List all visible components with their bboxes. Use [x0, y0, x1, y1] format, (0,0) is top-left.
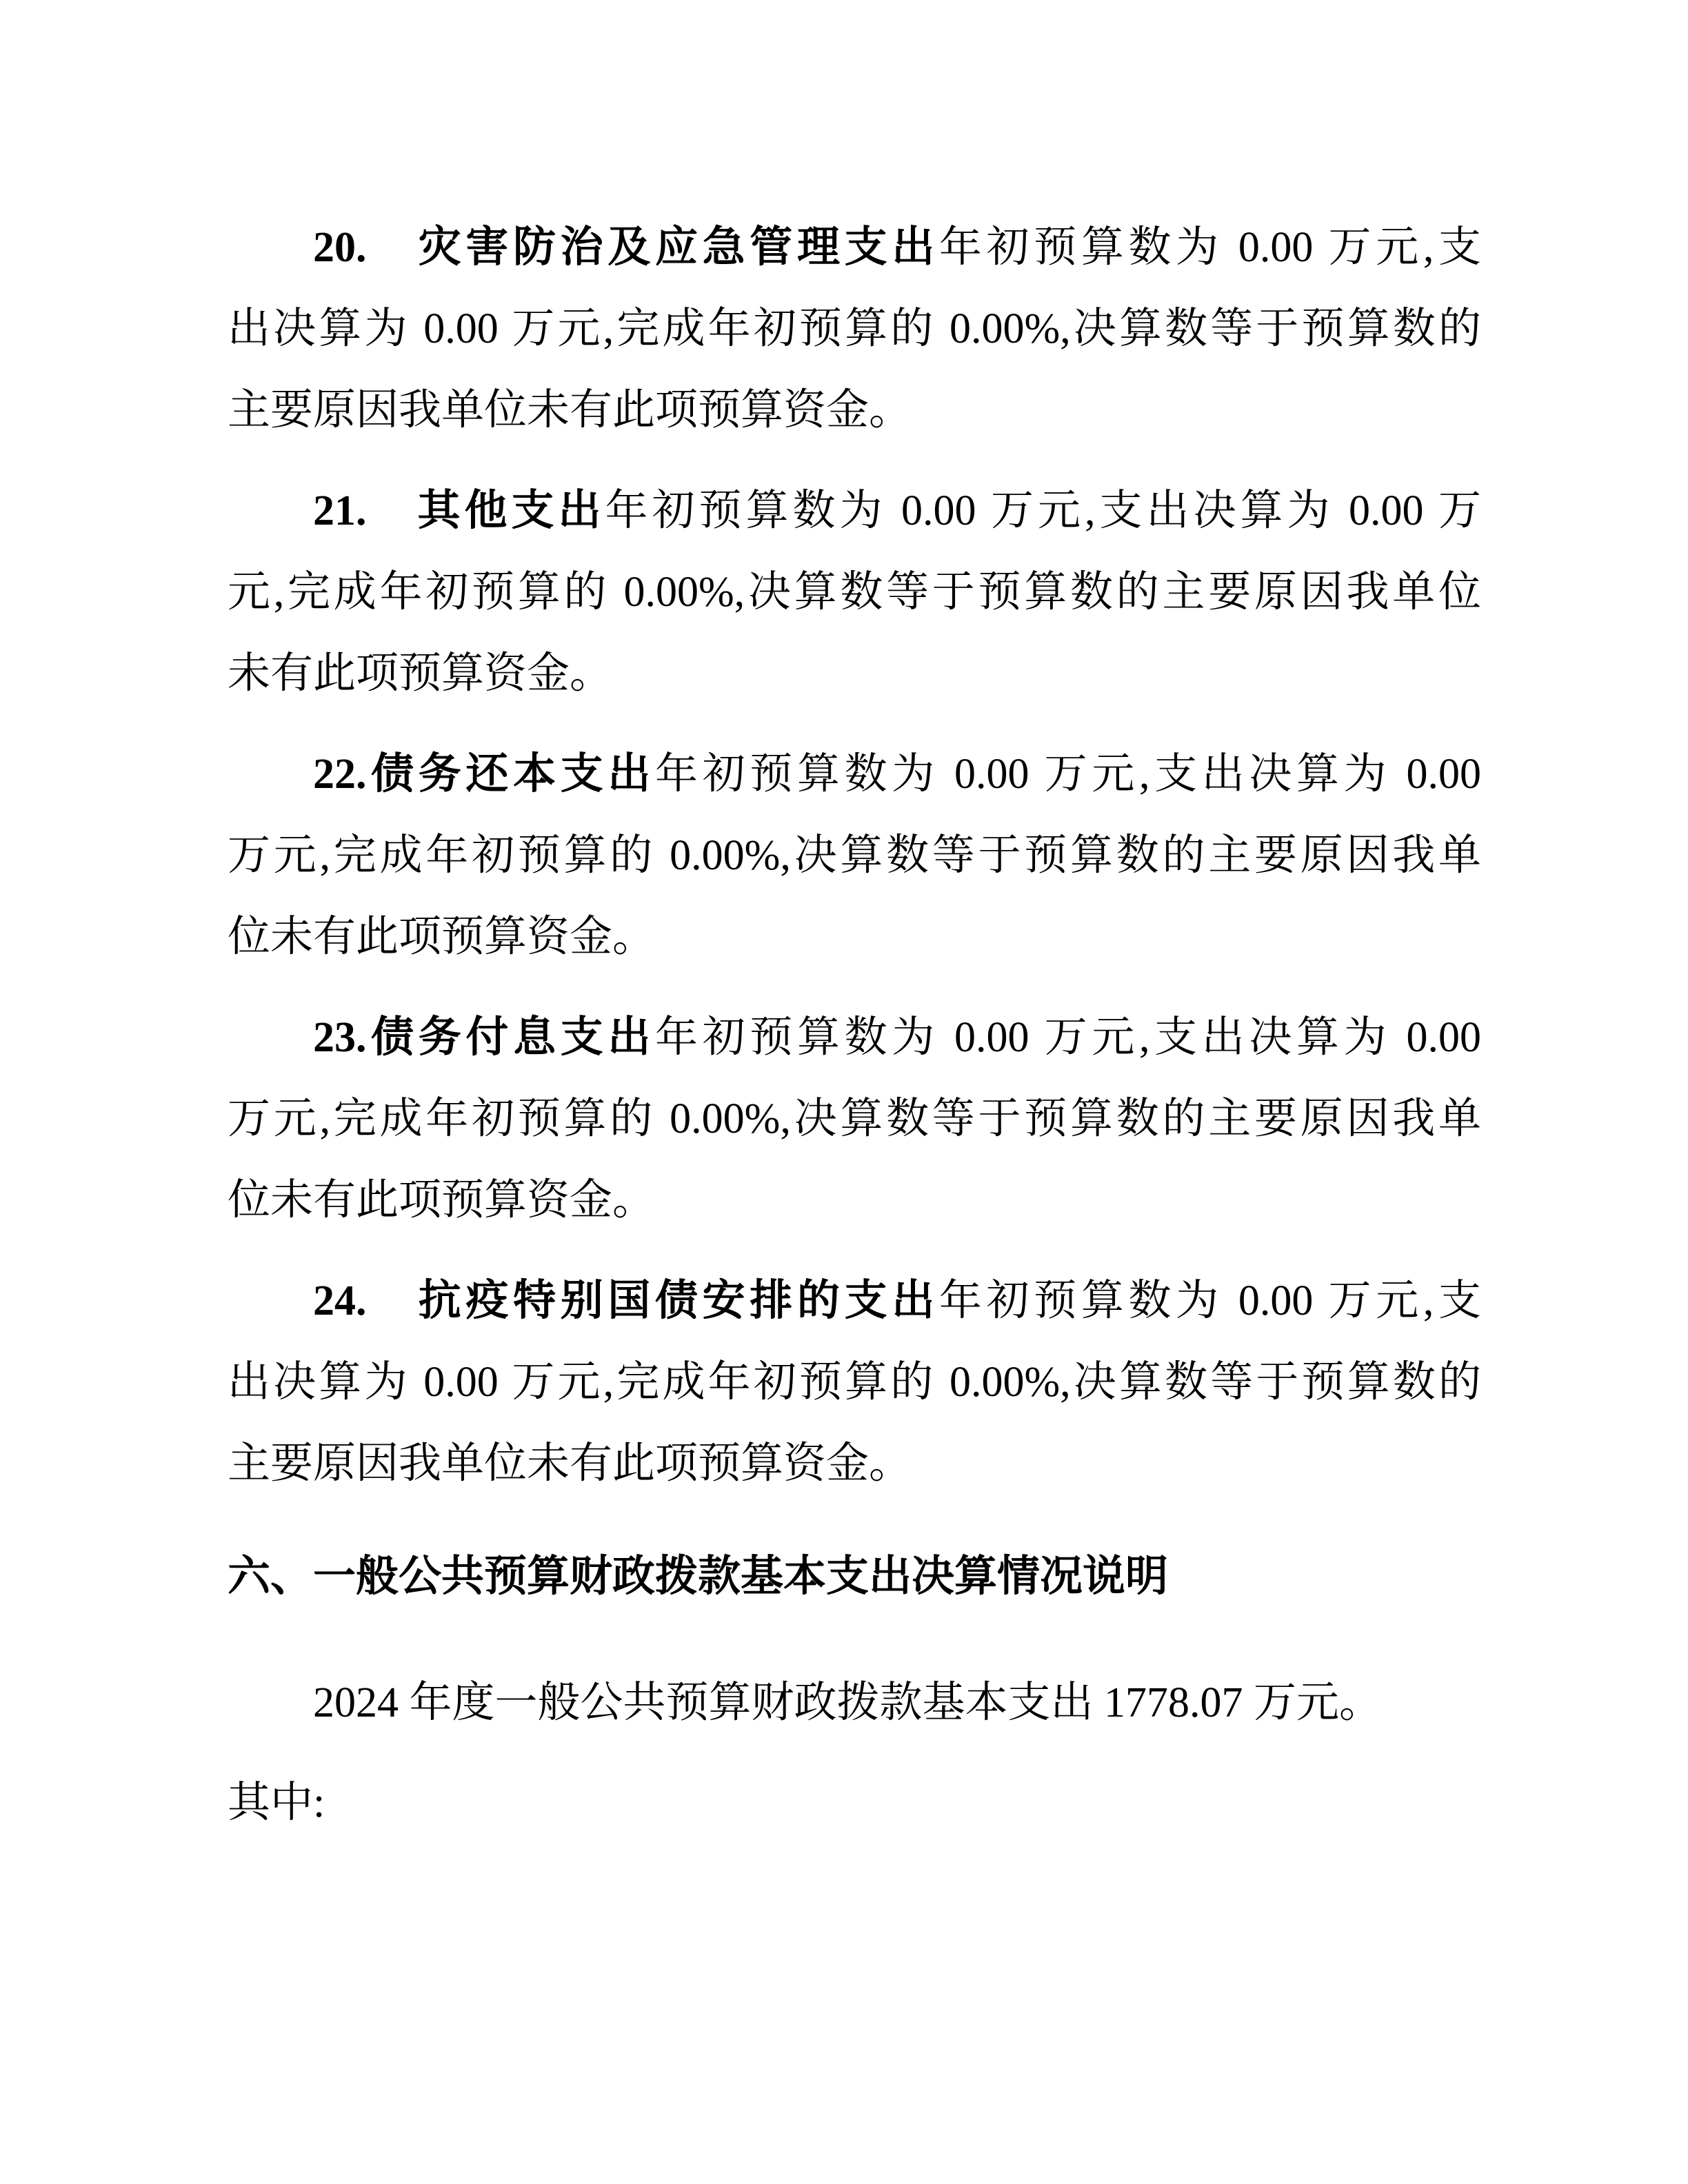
closing-paragraph: 2024 年度一般公共预算财政拨款基本支出 1778.07 万元。 其中: [228, 1653, 1481, 1853]
document-body: 20. 灾害防治及应急管理支出年初预算数为 0.00 万元,支 出决算为 0.0… [0, 0, 1688, 1853]
paragraph-item-22: 22.债务还本支出年初预算数为 0.00 万元,支出决算为 0.00 万元,完成… [228, 734, 1481, 978]
item-21-number-title: 21. 其他支出 [313, 487, 605, 534]
text-run: 年初预算数为 0.00 万元,支 [939, 1277, 1481, 1324]
paragraph-item-23: 23.债务付息支出年初预算数为 0.00 万元,支出决算为 0.00 万元,完成… [228, 997, 1481, 1241]
text-line: 22.债务还本支出年初预算数为 0.00 万元,支出决算为 0.00 [228, 734, 1481, 815]
text-run: 年初预算数为 0.00 万元,支出决算为 0.00 [655, 1014, 1481, 1061]
text-line: 位未有此项预算资金。 [228, 896, 1481, 978]
text-line: 21. 其他支出年初预算数为 0.00 万元,支出决算为 0.00 万 [228, 470, 1481, 552]
paragraph-item-20: 20. 灾害防治及应急管理支出年初预算数为 0.00 万元,支 出决算为 0.0… [228, 207, 1481, 451]
item-22-number-title: 22.债务还本支出 [313, 751, 655, 798]
paragraph-item-24: 24. 抗疫特别国债安排的支出年初预算数为 0.00 万元,支 出决算为 0.0… [228, 1260, 1481, 1504]
text-line: 万元,完成年初预算的 0.00%,决算数等于预算数的主要原因我单 [228, 815, 1481, 896]
text-line: 主要原因我单位未有此项预算资金。 [228, 370, 1481, 451]
section-heading-six: 六、一般公共预算财政拨款基本支出决算情况说明 [228, 1536, 1481, 1617]
text-run: 年初预算数为 0.00 万元,支 [939, 224, 1481, 271]
document-page: 20. 灾害防治及应急管理支出年初预算数为 0.00 万元,支 出决算为 0.0… [0, 0, 1688, 2184]
text-line: 元,完成年初预算的 0.00%,决算数等于预算数的主要原因我单位 [228, 552, 1481, 633]
text-line: 主要原因我单位未有此项预算资金。 [228, 1423, 1481, 1504]
text-line: 万元,完成年初预算的 0.00%,决算数等于预算数的主要原因我单 [228, 1078, 1481, 1160]
text-line: 20. 灾害防治及应急管理支出年初预算数为 0.00 万元,支 [228, 207, 1481, 288]
text-line: 24. 抗疫特别国债安排的支出年初预算数为 0.00 万元,支 [228, 1260, 1481, 1342]
text-line: 23.债务付息支出年初预算数为 0.00 万元,支出决算为 0.00 [228, 997, 1481, 1078]
item-23-number-title: 23.债务付息支出 [313, 1014, 655, 1061]
item-24-number-title: 24. 抗疫特别国债安排的支出 [313, 1277, 939, 1324]
text-run: 年初预算数为 0.00 万元,支出决算为 0.00 [655, 751, 1481, 798]
text-run: 年初预算数为 0.00 万元,支出决算为 0.00 万 [605, 487, 1481, 534]
text-line: 未有此项预算资金。 [228, 633, 1481, 714]
text-line: 出决算为 0.00 万元,完成年初预算的 0.00%,决算数等于预算数的 [228, 288, 1481, 370]
paragraph-item-21: 21. 其他支出年初预算数为 0.00 万元,支出决算为 0.00 万 元,完成… [228, 470, 1481, 714]
item-20-number-title: 20. 灾害防治及应急管理支出 [313, 224, 939, 271]
text-line: 2024 年度一般公共预算财政拨款基本支出 1778.07 万元。 [228, 1653, 1481, 1753]
text-line: 位未有此项预算资金。 [228, 1160, 1481, 1241]
text-line: 出决算为 0.00 万元,完成年初预算的 0.00%,决算数等于预算数的 [228, 1342, 1481, 1423]
text-line: 其中: [228, 1753, 1481, 1853]
